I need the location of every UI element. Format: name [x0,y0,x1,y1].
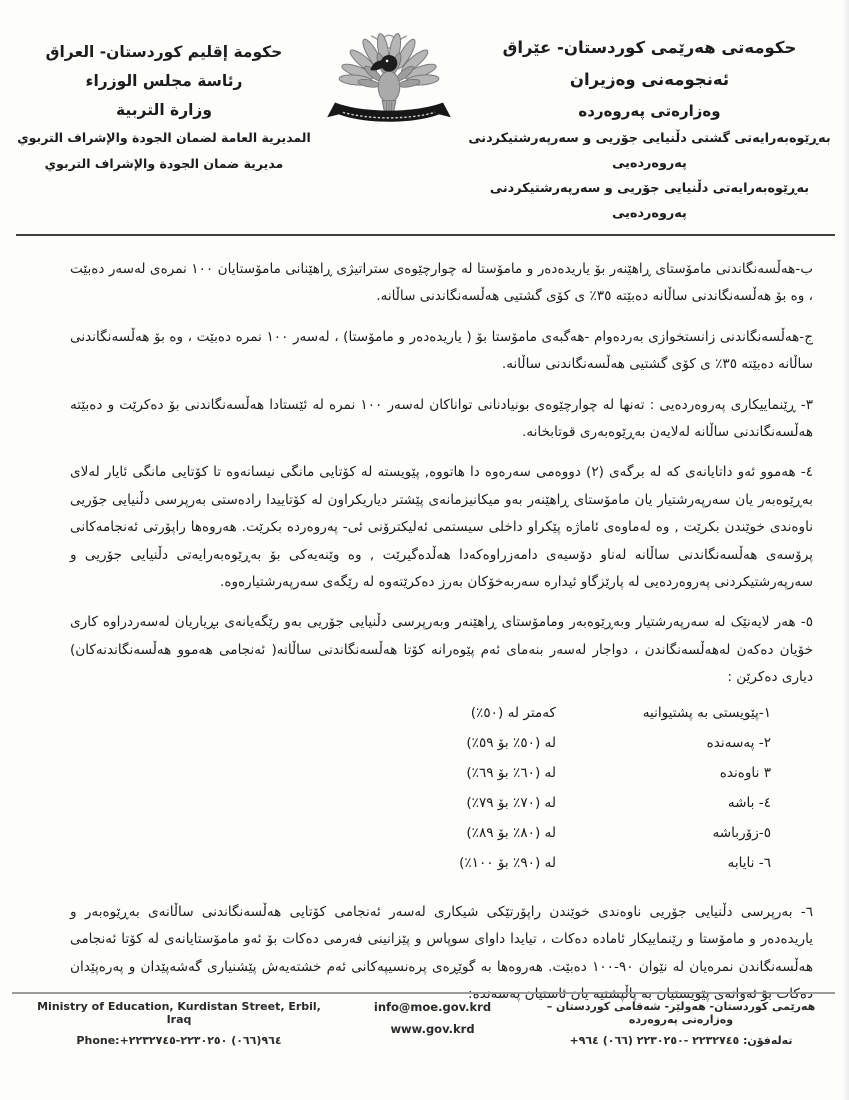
footer-phone-en: Phone:+٩٦٤(٠٦٦) ٢٢٣٠٢٥٠-٢٢٣٢٧٤٥ [24,1034,334,1047]
directorate-gen-ar: المديرية العامة لضمان الجودة والإشراف ال… [14,125,314,151]
grade-label: ٦- نایابە [556,855,771,871]
footer-website: www.gov.krd [334,1022,531,1036]
grade-range: لە (٩٠٪ بۆ ١٠٠٪) [459,855,556,871]
council-title-ku: ئەنجومەنی وەزیران [464,64,835,96]
document-page: حكومة إقليم كوردستان- العراق رئاسة مجلس … [0,0,849,1100]
footer-address-ku-line: هەرێمی کوردستان- هەولێر- شەقامی کوردستان… [531,1000,831,1026]
paragraph-3: ٣- ڕێنماییکاری پەروەردەیی : تەنها لە چوا… [70,392,813,447]
paragraph-b: ب-هەڵسەنگاندنی مامۆستای ڕاهێنەر بۆ یارید… [70,256,813,311]
footer-address-en-line: Ministry of Education, Kurdistan Street,… [24,1000,334,1026]
grade-label: ١-پێویستی بە پشتیوانیە [556,705,771,721]
grade-label: ٣ ناوەندە [556,765,771,781]
grades-list: ١-پێویستی بە پشتیوانیە کەمتر لە (٥٠٪) ٢-… [70,705,813,885]
letterhead-arabic: حكومة إقليم كوردستان- العراق رئاسة مجلس … [14,26,314,177]
grade-label: ٤- باشە [556,795,771,811]
grade-row-1: ١-پێویستی بە پشتیوانیە کەمتر لە (٥٠٪) [70,705,771,735]
grade-row-4: ٤- باشە لە (٧٠٪ بۆ ٧٩٪) [70,795,771,825]
paragraph-5: ٥- هەر لایەنێک لە سەرپەرشتیار وبەڕێوەبەر… [70,609,813,691]
footer-address-en: Ministry of Education, Kurdistan Street,… [24,1000,334,1047]
grade-range: لە (٥٠٪ بۆ ٥٩٪) [466,735,556,751]
grade-range: لە (٧٠٪ بۆ ٧٩٪) [466,795,556,811]
emblem-container [314,26,464,132]
gov-title-ar: حكومة إقليم كوردستان- العراق [14,38,314,67]
grade-range: لە (٨٠٪ بۆ ٨٩٪) [466,825,556,841]
grade-range: لە (٦٠٪ بۆ ٦٩٪) [466,765,556,781]
directorate-ar: مديرية ضمان الجودة والإشراف التربوي [14,151,314,177]
directorate-gen-ku: بەڕێوەبەرایەتی گشتی دڵنیایی جۆریی و سەرپ… [464,126,835,176]
council-title-ar: رئاسة مجلس الوزراء [14,67,314,96]
grade-row-2: ٢- پەسەندە لە (٥٠٪ بۆ ٥٩٪) [70,735,771,765]
grade-row-5: ٥-زۆرباشە لە (٨٠٪ بۆ ٨٩٪) [70,825,771,855]
grade-label: ٥-زۆرباشە [556,825,771,841]
paragraph-j: ج-هەڵسەنگاندنی زانستخوازی بەردەوام -هەگب… [70,324,813,379]
footer-web: info@moe.gov.krd www.gov.krd [334,1000,531,1036]
letter-footer: Ministry of Education, Kurdistan Street,… [0,992,849,1047]
letter-body: ب-هەڵسەنگاندنی مامۆستای ڕاهێنەر بۆ یارید… [0,236,849,1008]
grade-label: ٢- پەسەندە [556,735,771,751]
grade-row-6: ٦- نایابە لە (٩٠٪ بۆ ١٠٠٪) [70,855,771,885]
directorate-ku: بەڕێوەبەرایەتی دڵنیایی جۆریی و سەرپەرشتی… [464,176,835,226]
grade-row-3: ٣ ناوەندە لە (٦٠٪ بۆ ٦٩٪) [70,765,771,795]
letterhead: حكومة إقليم كوردستان- العراق رئاسة مجلس … [0,0,849,232]
footer-divider [12,992,835,994]
letterhead-kurdish: حکومەتی هەرێمی کوردستان- عێراق ئەنجومەنی… [464,26,835,226]
krg-eagle-emblem [325,26,453,132]
grade-range: کەمتر لە (٥٠٪) [471,705,556,721]
ministry-title-ku: وەزارەتی پەروەردە [464,96,835,126]
ministry-title-ar: وزارة التربية [14,96,314,125]
footer-email: info@moe.gov.krd [334,1000,531,1014]
footer-phone-ku: تەلەفۆن: ٢٢٣٢٧٤٥ -٢٢٣٠٢٥٠ (٠٦٦) ٩٦٤+ [531,1034,831,1047]
gov-title-ku: حکومەتی هەرێمی کوردستان- عێراق [464,32,835,64]
paragraph-4: ٤- هەموو ئەو داتایانەی کە لە برگەی (٢) د… [70,459,813,596]
footer-address-ku: هەرێمی کوردستان- هەولێر- شەقامی کوردستان… [531,1000,831,1047]
